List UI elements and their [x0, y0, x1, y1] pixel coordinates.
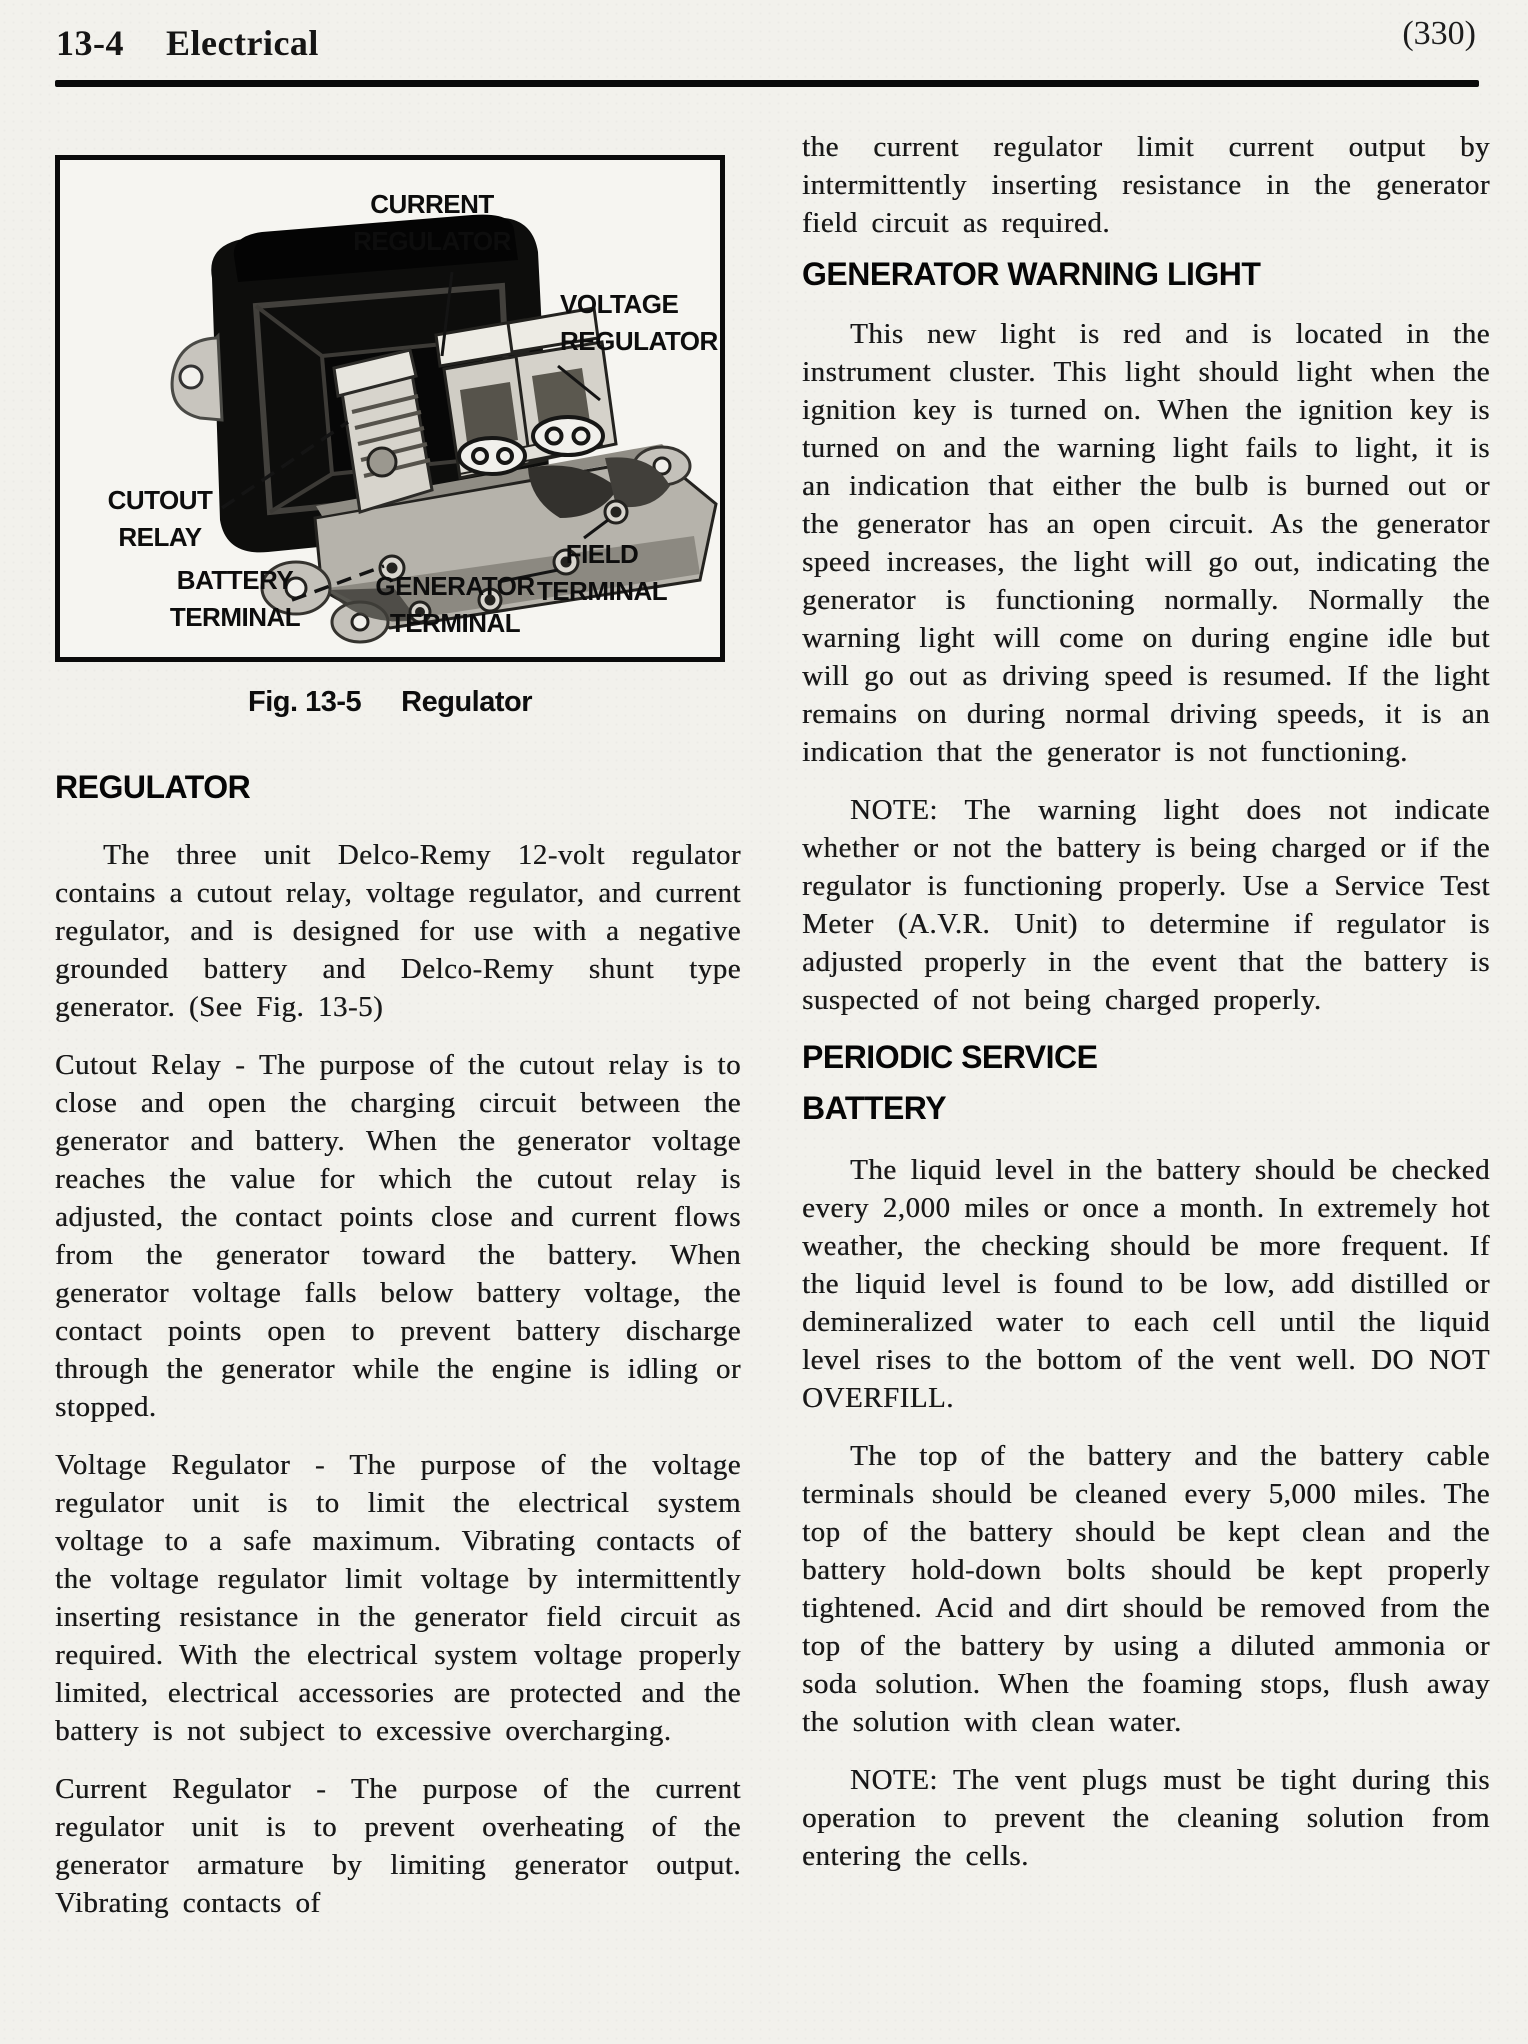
page-number: (330): [1402, 14, 1476, 55]
heading-battery: BATTERY: [802, 1090, 1490, 1127]
paragraph-vent-plugs-note: NOTE: The vent plugs must be tight durin…: [802, 1761, 1490, 1875]
figure-caption-number: Fig. 13-5: [248, 686, 361, 718]
figure-13-5: CURRENT REGULATOR VOLTAGE REGULATOR CUTO…: [55, 155, 725, 662]
heading-regulator: REGULATOR: [55, 769, 741, 806]
header-rule: [55, 80, 1479, 87]
paragraph-warning-light-note: NOTE: The warning light does not indicat…: [802, 791, 1490, 1019]
figure-label-current-regulator: CURRENT REGULATOR: [353, 186, 511, 260]
paragraph-cutout-relay: Cutout Relay - The purpose of the cutout…: [55, 1046, 741, 1426]
paragraph-voltage-regulator: Voltage Regulator - The purpose of the v…: [55, 1446, 741, 1750]
paragraph-current-regulator-continued: the current regulator limit current outp…: [802, 128, 1490, 242]
left-column: CURRENT REGULATOR VOLTAGE REGULATOR CUTO…: [55, 155, 741, 2044]
paragraph-battery-cleaning: The top of the battery and the battery c…: [802, 1437, 1490, 1741]
figure-caption: Fig. 13-5Regulator: [55, 686, 725, 719]
figure-label-field-terminal: FIELD TERMINAL: [537, 536, 667, 610]
figure-label-generator-terminal: GENERATOR TERMINAL: [375, 568, 534, 642]
section-number: 13-4: [56, 23, 124, 63]
figure-caption-title: Regulator: [401, 686, 532, 718]
manual-page: { "colors": { "paper": "#f2f1ec", "ink":…: [0, 0, 1528, 2044]
figure-label-cutout-relay: CUTOUT RELAY: [108, 482, 213, 556]
paragraph-battery-liquid-level: The liquid level in the battery should b…: [802, 1151, 1490, 1417]
paragraph-current-regulator: Current Regulator - The purpose of the c…: [55, 1770, 741, 1922]
figure-label-battery-terminal: BATTERY TERMINAL: [170, 562, 300, 636]
figure-label-voltage-regulator: VOLTAGE REGULATOR: [560, 286, 718, 360]
paragraph-regulator-intro: The three unit Delco-Remy 12-volt regula…: [55, 836, 741, 1026]
page-header-left: 13-4Electrical: [56, 22, 319, 65]
section-title: Electrical: [166, 23, 319, 63]
heading-generator-warning-light: GENERATOR WARNING LIGHT: [802, 256, 1490, 293]
heading-periodic-service: PERIODIC SERVICE: [802, 1039, 1490, 1076]
right-column: the current regulator limit current outp…: [802, 128, 1490, 2044]
paragraph-warning-light: This new light is red and is located in …: [802, 315, 1490, 771]
